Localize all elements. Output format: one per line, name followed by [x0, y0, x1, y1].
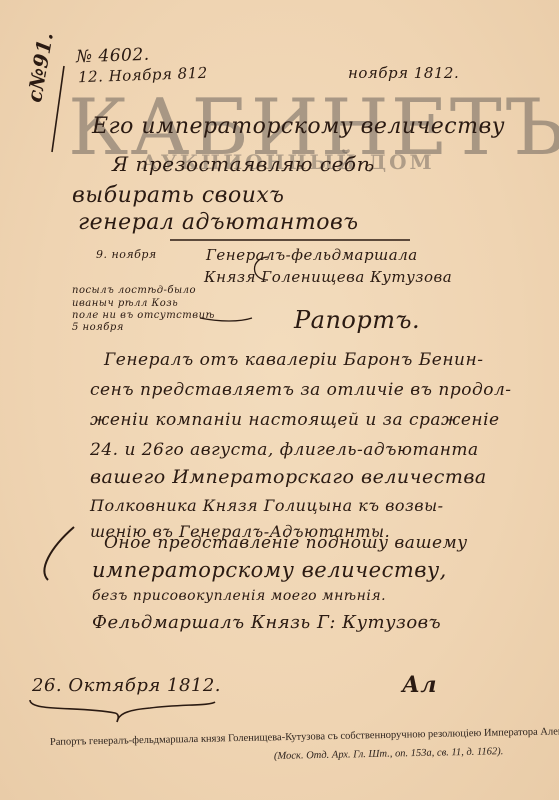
sender-line-2: Князя Голенищева Кутузова: [204, 268, 452, 286]
body-line-1: Генералъ отъ кавалерiи Баронъ Бенин-: [104, 350, 483, 370]
date-top-right: ноября 1812.: [348, 64, 459, 82]
closing-line-3: безъ присовокупленiя моего мнѣнiя.: [92, 588, 386, 604]
signature: Фельдмаршалъ Князь Г: Кутузовъ: [92, 612, 441, 633]
body-line-2: сенъ представляетъ за отличiе въ продол-: [90, 380, 512, 400]
date-bottom: 26. Октября 1812.: [32, 675, 221, 696]
sender-line-1: Генералъ-фельдмаршала: [206, 246, 418, 264]
initials: Ал: [402, 672, 437, 698]
address-line-3: выбирать своихъ: [72, 183, 284, 208]
note-line-3: иваныч рѣлл Козь: [72, 298, 178, 309]
body-line-4: 24. и 26го августа, флигель-адъютанта: [90, 440, 479, 460]
note-line-5: 5 ноября: [72, 322, 124, 333]
note-line-1: 9. ноября: [96, 248, 157, 261]
body-line-3: женiи компанiи настоящей и за сраженiе: [90, 410, 500, 430]
note-line-4: поле ни въ отсутствиѣ: [72, 310, 215, 321]
address-line-2: Я презостаявляю себѣ: [112, 152, 375, 176]
closing-line-2: императорскому величеству,: [92, 558, 447, 582]
body-line-5: вашего Императорскаго величества: [90, 466, 487, 488]
address-line-4: генерал адъютантовъ: [78, 210, 358, 235]
closing-line-1: Оное представленiе подношу вашему: [104, 533, 468, 553]
report-title: Рапортъ.: [294, 306, 420, 334]
address-line-1: Его императорскому величеству: [92, 114, 505, 139]
note-line-2: посылъ лостѣд-было: [72, 285, 196, 296]
document-page: КАБИНЕТЪ АУКЦИОННЫЙ ДОМ с№91. № 4602. 12…: [0, 0, 559, 800]
registry-number: № 4602.: [76, 45, 150, 68]
body-line-6: Полковника Князя Голицына къ возвы-: [90, 496, 444, 515]
